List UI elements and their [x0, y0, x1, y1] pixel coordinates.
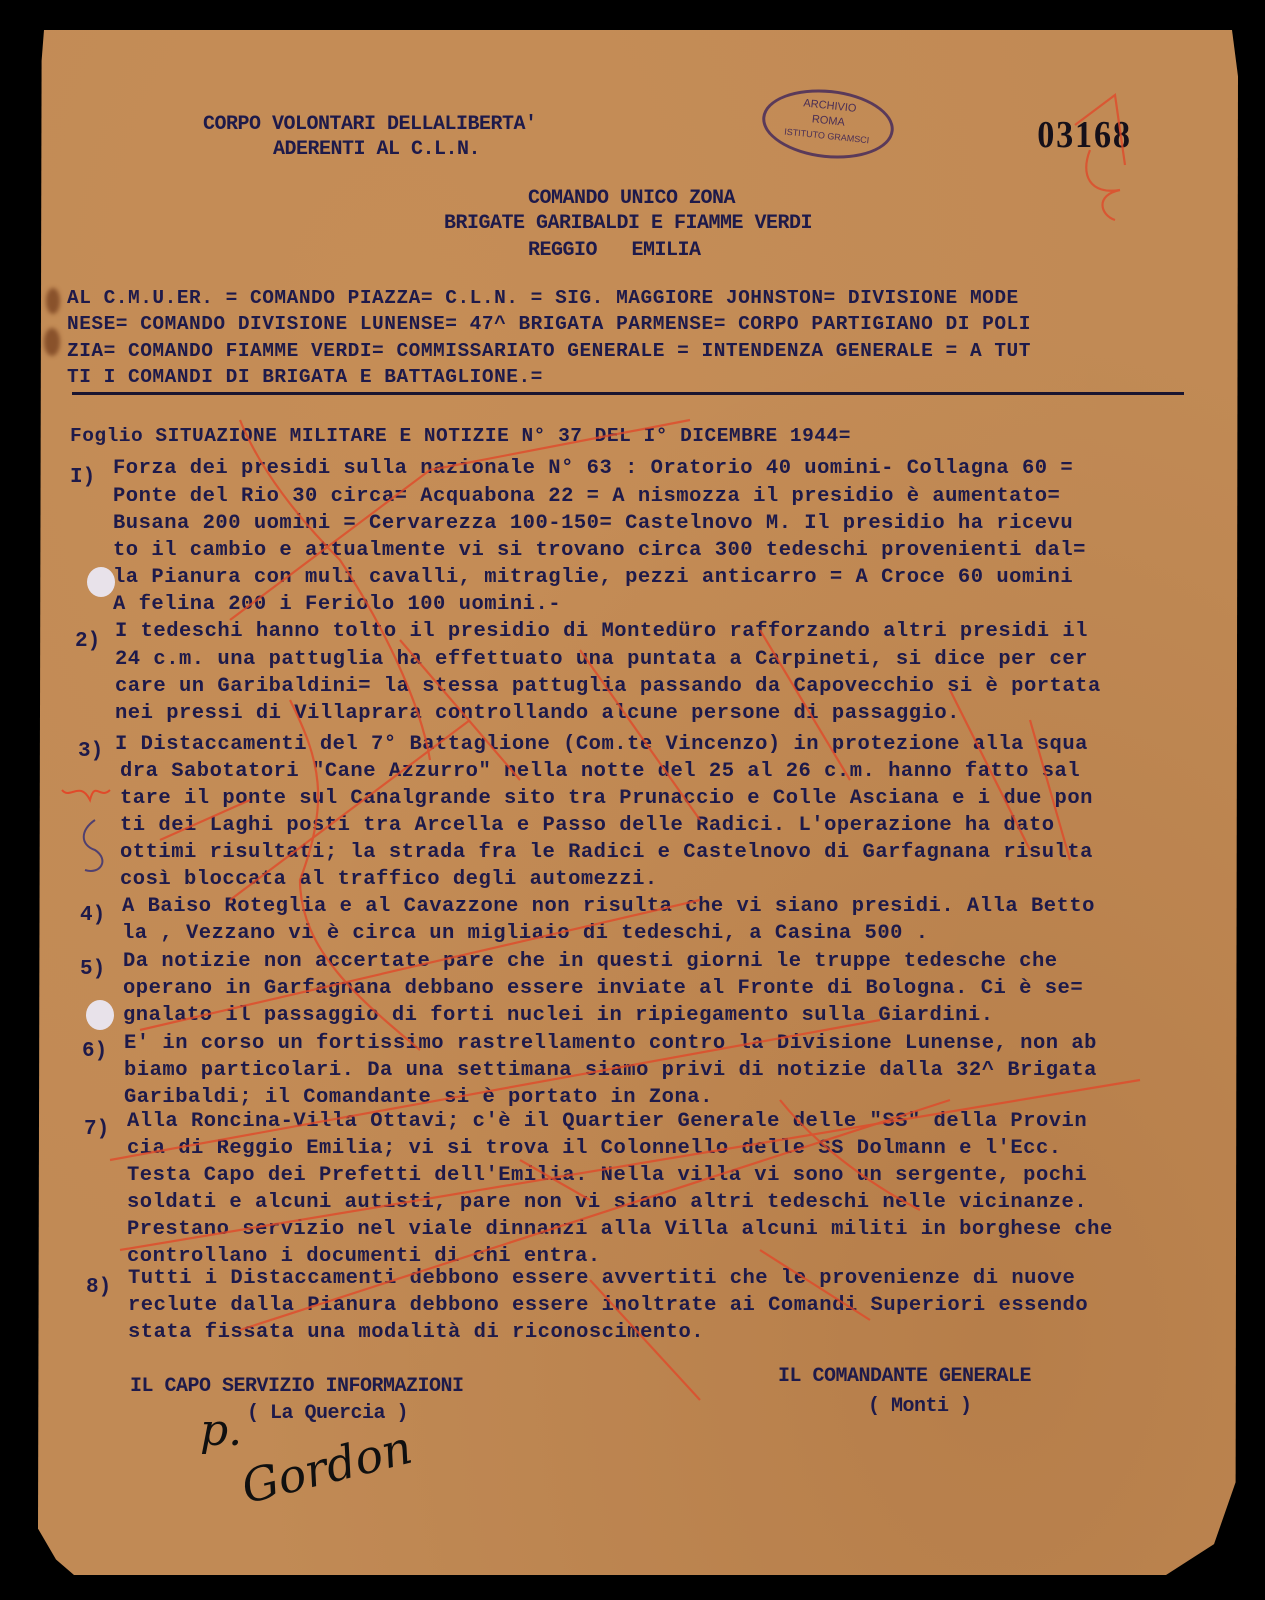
- item-line: Da notizie non accertate pare che in que…: [123, 948, 1058, 975]
- item-line: nei pressi di Villaprara controllando al…: [115, 700, 960, 727]
- signature-right-title: IL COMANDANTE GENERALE: [778, 1365, 1031, 1388]
- item-line: 24 c.m. una pattuglia ha effettuato una …: [115, 646, 1088, 673]
- item-number: 3): [78, 740, 103, 763]
- item-line: I Distaccamenti del 7° Battaglione (Com.…: [115, 731, 1088, 758]
- item-line: Prestano servizio nel viale dinnanzi all…: [127, 1216, 1113, 1243]
- punch-hole: [86, 1000, 114, 1030]
- item-line: soldati e alcuni autisti, pare non vi si…: [127, 1189, 1087, 1216]
- item-line: la Pianura con muli cavalli, mitraglie, …: [113, 564, 1073, 591]
- recipients-line: ZIA= COMANDO FIAMME VERDI= COMMISSARIATO…: [67, 338, 1031, 365]
- item-line: dra Sabotatori "Cane Azzurro" nella nott…: [120, 758, 1080, 785]
- item-line: E' in corso un fortissimo rastrellamento…: [124, 1030, 1097, 1057]
- item-number: I): [70, 466, 95, 489]
- recipients-line: TI I COMANDI DI BRIGATA E BATTAGLIONE.=: [67, 364, 543, 391]
- rust-stain: [44, 328, 60, 356]
- divider-line: [72, 392, 1184, 395]
- signature-right-name: ( Monti ): [868, 1395, 972, 1418]
- item-number: 8): [86, 1276, 111, 1299]
- item-line: I tedeschi hanno tolto il presidio di Mo…: [115, 618, 1088, 645]
- item-line: Garibaldi; il Comandante si è portato in…: [124, 1084, 713, 1111]
- command-line-2: BRIGATE GARIBALDI E FIAMME VERDI: [444, 212, 812, 235]
- item-number: 6): [82, 1040, 107, 1063]
- item-line: Ponte del Rio 30 circa= Acquabona 22 = A…: [113, 483, 1060, 510]
- item-line: reclute dalla Pianura debbono essere ino…: [128, 1292, 1088, 1319]
- recipients-line: AL C.M.U.ER. = COMANDO PIAZZA= C.L.N. = …: [67, 285, 1019, 312]
- command-line-1: COMANDO UNICO ZONA: [528, 187, 735, 210]
- item-line: ti dei Laghi posti tra Arcella e Passo d…: [120, 812, 1055, 839]
- issuer-line-1: CORPO VOLONTARI DELLALIBERTA': [203, 113, 537, 136]
- item-line: ottimi risultati; la strada fra le Radic…: [120, 839, 1093, 866]
- signature-left-title: IL CAPO SERVIZIO INFORMAZIONI: [130, 1375, 464, 1398]
- item-line: stata fissata una modalità di riconoscim…: [128, 1319, 704, 1346]
- punch-hole: [87, 567, 115, 597]
- document-title: Foglio SITUAZIONE MILITARE E NOTIZIE N° …: [70, 423, 851, 450]
- rust-stain: [46, 288, 60, 314]
- item-line: A Baiso Roteglia e al Cavazzone non risu…: [122, 893, 1095, 920]
- recipients-line: NESE= COMANDO DIVISIONE LUNENSE= 47^ BRI…: [67, 311, 1031, 338]
- item-number: 5): [80, 958, 105, 981]
- handwritten-prefix: p.: [200, 1405, 242, 1456]
- item-line: Forza dei presidi sulla nazionale N° 63 …: [113, 455, 1073, 482]
- item-line: A felina 200 i Feriolo 100 uomini.-: [113, 591, 561, 618]
- issuer-line-2: ADERENTI AL C.L.N.: [273, 138, 480, 161]
- item-line: così bloccata al traffico degli automezz…: [120, 866, 658, 893]
- item-line: to il cambio e attualmente vi si trovano…: [113, 537, 1086, 564]
- item-number: 4): [80, 904, 105, 927]
- item-line: Alla Roncina-Villa Ottavi; c'è il Quarti…: [127, 1108, 1087, 1135]
- item-line: Testa Capo dei Prefetti dell'Emilia. Nel…: [127, 1162, 1087, 1189]
- command-line-3: REGGIO EMILIA: [528, 239, 701, 262]
- item-line: Busana 200 uomini = Cervarezza 100-150= …: [113, 510, 1073, 537]
- item-line: la , Vezzano vi è circa un migliaio di t…: [122, 920, 929, 947]
- item-line: Tutti i Distaccamenti debbono essere avv…: [128, 1265, 1075, 1292]
- item-line: gnalato il passaggio di forti nuclei in …: [123, 1002, 994, 1029]
- item-line: operano in Garfagnana debbano essere inv…: [123, 975, 1083, 1002]
- item-line: care un Garibaldini= la stessa pattuglia…: [115, 673, 1101, 700]
- item-line: tare il ponte sul Canalgrande sito tra P…: [120, 785, 1093, 812]
- item-line: cia di Reggio Emilia; vi si trova il Col…: [127, 1135, 1062, 1162]
- item-line: biamo particolari. Da una settimana siam…: [124, 1057, 1097, 1084]
- protocol-number: 03168: [1037, 113, 1132, 157]
- item-number: 7): [84, 1118, 109, 1141]
- signature-left-name: ( La Quercia ): [247, 1402, 408, 1425]
- item-number: 2): [75, 630, 100, 653]
